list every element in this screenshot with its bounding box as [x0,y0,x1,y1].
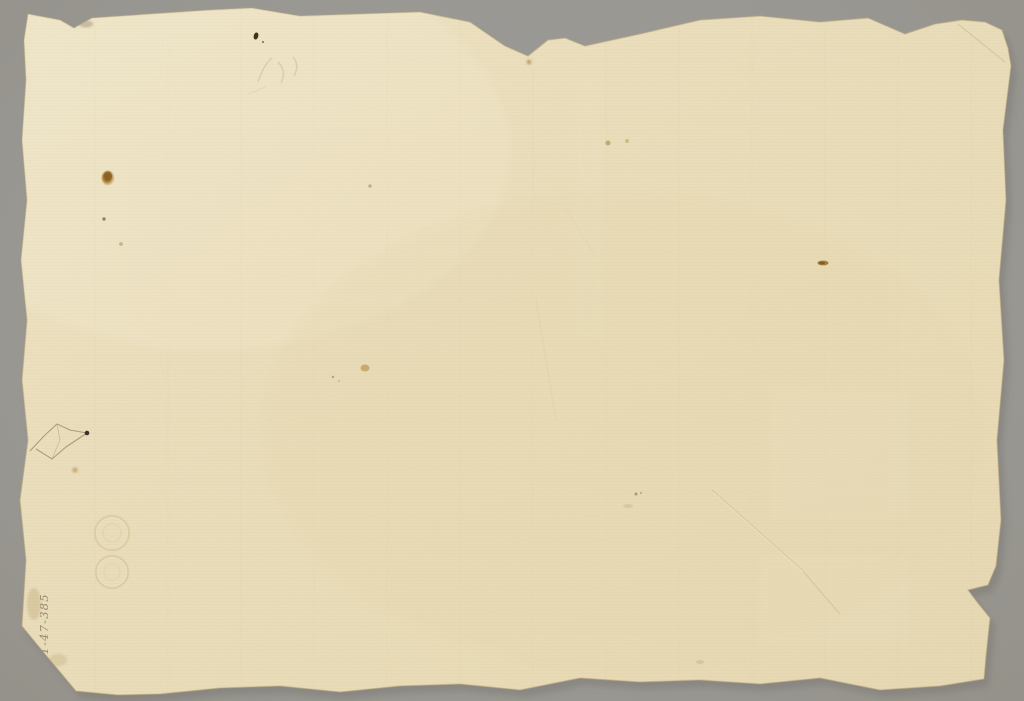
speck [102,217,105,220]
speck [640,492,642,494]
speck [625,139,629,143]
edge-grime [49,654,67,666]
smudge [696,660,704,664]
show-through-rect [770,390,910,520]
paper-sheet-photo: 1951-47-385 [0,0,1024,701]
show-through-rect [760,555,910,645]
speck [338,380,340,382]
faint-stain [525,58,533,66]
show-through-band [575,60,603,340]
dark-fleck [85,431,90,436]
fox-stain-core [104,172,112,181]
accession-inscription: 1951-47-385 [37,593,51,680]
faint-stain [543,29,551,34]
speck [635,493,638,496]
speck [606,141,611,146]
fox-stain-core [819,262,825,265]
faint-stain [361,365,370,372]
faint-stain [71,466,80,475]
speck [332,376,334,378]
smudge [623,504,633,508]
photo-stage: 1951-47-385 [0,0,1024,701]
speck [368,184,371,187]
speck [119,242,123,246]
speck [262,41,264,43]
